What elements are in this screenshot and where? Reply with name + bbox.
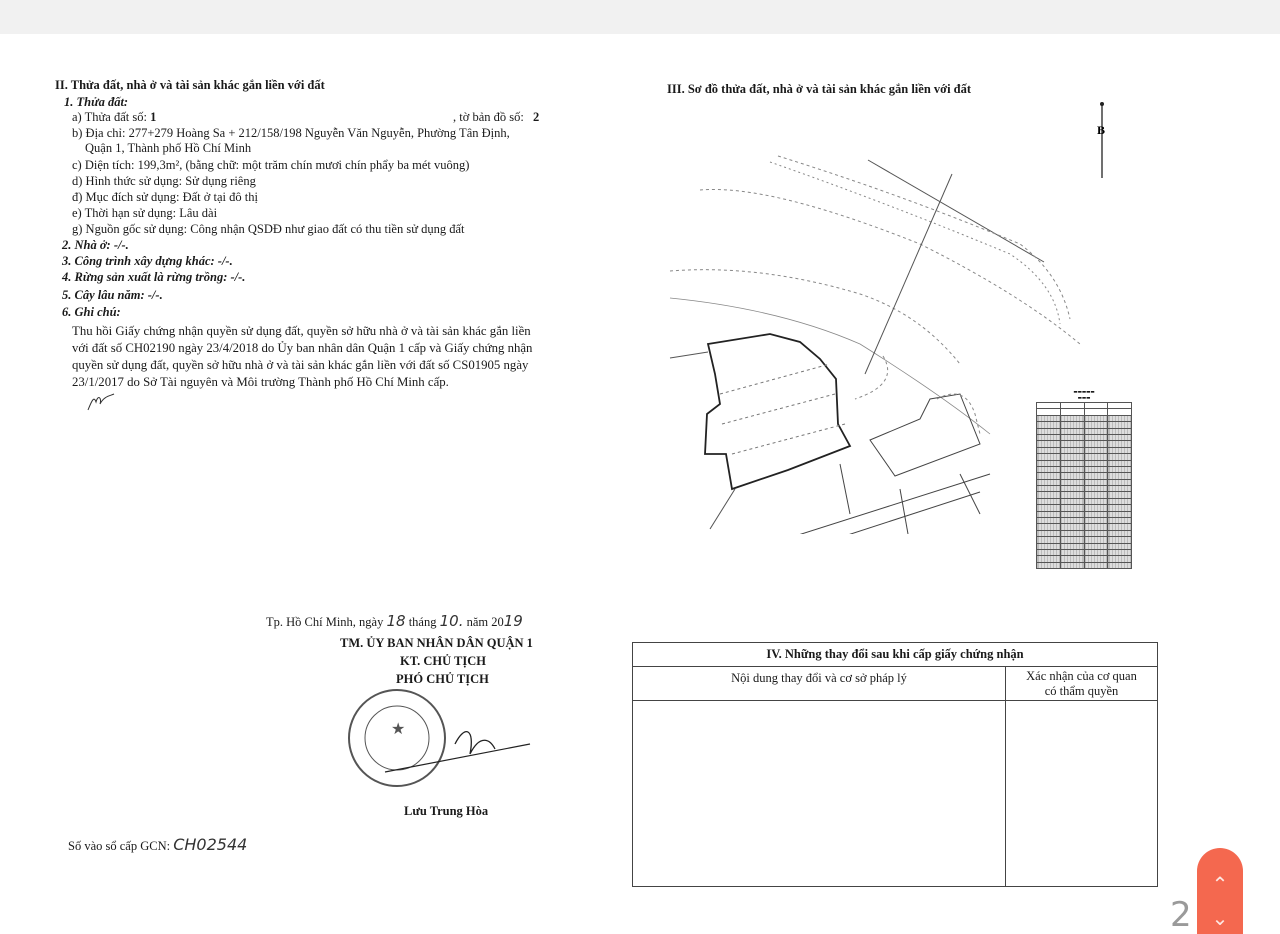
forest: 4. Rừng sản xuất là rừng trồng: -/-.: [62, 270, 245, 285]
date-month: 10.: [440, 612, 464, 630]
perennial-trees: 5. Cây lâu năm: -/-.: [62, 288, 163, 303]
usage-purpose: đ) Mục đích sử dụng: Đất ở tại đô thị: [72, 190, 258, 206]
parcel-number: a) Thửa đất số: 1: [72, 110, 156, 126]
address-line-1: b) Địa chỉ: 277+279 Hoàng Sa + 212/158/1…: [72, 126, 510, 142]
usage-origin: g) Nguồn gốc sử dụng: Công nhận QSDĐ như…: [72, 222, 465, 238]
issuing-org: TM. ỦY BAN NHÂN DÂN QUẬN 1: [340, 636, 533, 651]
address-line-2: Quận 1, Thành phố Hồ Chí Minh: [85, 141, 251, 157]
initials-mark: [86, 390, 116, 412]
date-month-label: tháng: [409, 615, 437, 629]
official-stamp: ★: [345, 684, 545, 796]
coordinate-table: ▬▬▬▬▬▬▬▬: [1036, 390, 1132, 569]
notes-text: Thu hồi Giấy chứng nhận quyền sử dụng đấ…: [72, 323, 542, 391]
map-sheet: , tờ bản đồ số: 2: [453, 110, 539, 126]
column-change-content: Nội dung thay đổi và cơ sở pháp lý: [633, 667, 1006, 701]
authority-cell: [1006, 701, 1158, 887]
section-2-title: II. Thửa đất, nhà ở và tài sản khác gắn …: [55, 78, 325, 93]
col2-line1: Xác nhận của cơ quan: [1026, 669, 1137, 683]
usage-form: d) Hình thức sử dụng: Sử dụng riêng: [72, 174, 256, 190]
page-navigation: ⌃ ⌄: [1197, 848, 1243, 934]
section-4-title: IV. Những thay đổi sau khi cấp giấy chứn…: [633, 643, 1158, 667]
parcel-number-label: a) Thửa đất số:: [72, 110, 147, 124]
changes-table: IV. Những thay đổi sau khi cấp giấy chứn…: [632, 642, 1158, 887]
signer-name: Lưu Trung Hòa: [404, 804, 488, 819]
star-icon: ★: [391, 721, 405, 738]
column-authority-confirmation: Xác nhận của cơ quan có thẩm quyền: [1006, 667, 1158, 701]
area: c) Diện tích: 199,3m², (bằng chữ: một tr…: [72, 158, 469, 174]
col2-line2: có thẩm quyền: [1045, 684, 1119, 698]
chevron-down-icon[interactable]: ⌄: [1197, 906, 1243, 930]
notes-heading: 6. Ghi chú:: [62, 305, 121, 320]
registry-value: CH02544: [173, 835, 247, 854]
chevron-up-icon[interactable]: ⌃: [1197, 872, 1243, 896]
date-year-label: năm 20: [467, 615, 504, 629]
north-arrow-icon: B: [1097, 102, 1105, 178]
registry-label: Số vào sổ cấp GCN:: [68, 839, 170, 853]
registry-number: Số vào sổ cấp GCN: CH02544: [68, 837, 247, 855]
change-content-cell: [633, 701, 1006, 887]
house: 2. Nhà ở: -/-.: [62, 238, 129, 253]
page-number: 2: [1170, 895, 1192, 934]
signer-role-1: KT. CHỦ TỊCH: [400, 654, 486, 669]
date-prefix: Tp. Hồ Chí Minh, ngày: [266, 615, 383, 629]
document-page: II. Thửa đất, nhà ở và tài sản khác gắn …: [0, 34, 1280, 934]
parcel-heading: 1. Thửa đất:: [64, 95, 128, 110]
map-sheet-label: , tờ bản đồ số:: [453, 110, 524, 124]
date-year-suffix: 19: [504, 612, 523, 630]
date-day: 18: [386, 612, 405, 630]
other-works: 3. Công trình xây dựng khác: -/-.: [62, 254, 233, 269]
svg-text:B: B: [1097, 123, 1105, 137]
map-sheet-value: 2: [533, 110, 539, 124]
issue-date: Tp. Hồ Chí Minh, ngày 18 tháng 10. năm 2…: [266, 614, 523, 631]
coordinate-table-title: ▬▬▬▬▬▬▬▬: [1036, 390, 1132, 402]
viewer-top-bar: [0, 0, 1280, 35]
coordinate-grid: [1036, 402, 1132, 569]
usage-term: e) Thời hạn sử dụng: Lâu dài: [72, 206, 217, 222]
parcel-number-value: 1: [150, 110, 156, 124]
